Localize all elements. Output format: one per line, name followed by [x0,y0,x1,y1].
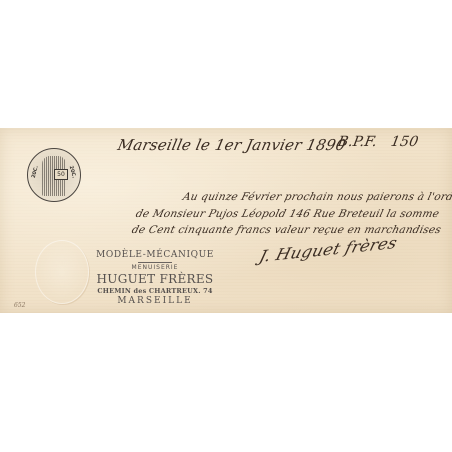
letterhead-address: CHEMIN des CHARTREUX. 74 [96,287,214,295]
bill-of-exchange-paper: 50 20C. 20C. Marseille le 1er Janvier 18… [0,128,452,313]
reference-code: B.P.F. [337,134,379,150]
letterhead-divider [138,262,172,263]
embossed-seal-icon [35,240,89,304]
amount-reference: B.P.F.150 [337,134,420,150]
letterhead-subtitle: MENUISERIE [96,264,214,271]
body-line-1: Au quinze Février prochain nous paierons… [182,191,452,203]
stamp-label-right: 20C. [68,165,77,179]
signature: J. Huguet frères [257,233,399,266]
stamp-label-left: 20C. [31,165,40,179]
amount: 150 [390,134,420,150]
body-line-2: de Monsieur Pujos Léopold 146 Rue Breteu… [135,208,441,220]
stamp-value: 50 [54,169,68,180]
printed-letterhead: MODÈLE-MÉCANIQUE MENUISERIE HUGUET FRÈRE… [96,246,214,306]
letterhead-city: MARSEILLE [96,296,214,306]
fiscal-stamp-icon: 50 20C. 20C. [27,148,81,202]
margin-note: 652 [14,302,25,309]
letterhead-title: MODÈLE-MÉCANIQUE [96,250,214,260]
page: 50 20C. 20C. Marseille le 1er Janvier 18… [0,0,452,452]
letterhead-company: HUGUET FRÈRES [96,272,214,286]
place-and-date: Marseille le 1er Janvier 1890 [116,136,347,154]
